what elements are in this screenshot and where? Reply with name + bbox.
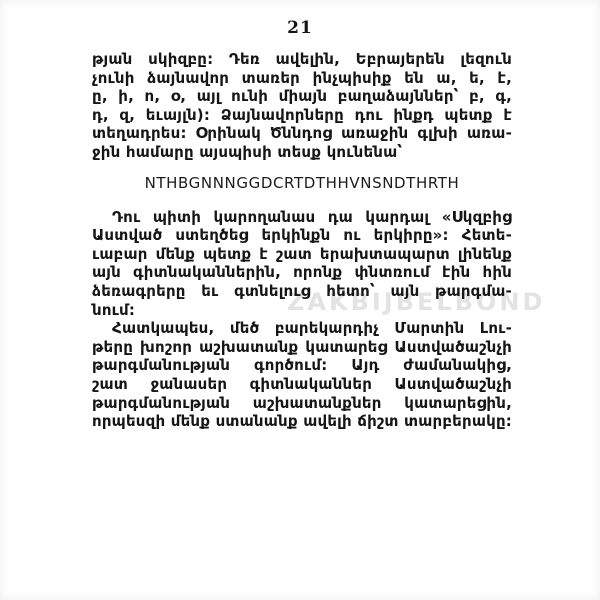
transliteration-line: NTHBGNNNGGDCRTDTHHVNSNDTHRTH [92, 174, 512, 193]
paragraph3-line: թարգմանության գործում: Այդ ժամանակից, [92, 356, 512, 375]
paragraph2-line: այն գիտնականներին, որոնք փնտռում էին հին [92, 263, 512, 282]
paragraph3-line: որպեսզի մենք ստանանք ավելի ճիշտ տարբերակ… [92, 412, 512, 431]
paragraph2-line: նում: [92, 301, 512, 320]
paragraph2-line: ձեռագրերը եւ գտնելուց հետո՝ այն թարգմա- [92, 282, 512, 301]
book-page: 21 ZAKBIJBELBOND թյան սկիզբը: Դեռ ավելին… [0, 0, 600, 600]
paragraph3-line: Հատկապես, մեծ բարեկարդիչ Մարտին Լու- [92, 319, 512, 338]
paragraph1-line: չունի ձայնավոր տառեր ինչպիսիք են ա, ե, է… [92, 69, 512, 88]
paragraph1-line: տեղադրես: Օրինակ Ծննդոց առաջին գլխի առա- [92, 124, 512, 143]
page-number: 21 [0, 18, 600, 38]
paragraph2-line: Աստված ստեղծեց երկինքն ու երկիրը»: Հետե- [92, 226, 512, 245]
text-block: թյան սկիզբը: Դեռ ավելին, Եբրայերեն լեզու… [92, 50, 512, 431]
paragraph1-line: թյան սկիզբը: Դեռ ավելին, Եբրայերեն լեզու… [92, 50, 512, 69]
paragraph3-line: թերը խոշոր աշխատանք կատարեց Աստվածաշնչի [92, 338, 512, 357]
paragraph1-line: ջին համարը այսպիսի տեսք կունենա՝ [92, 143, 512, 162]
paragraph2-line: ւաբար մենք պետք է շատ երախտապարտ լինենք [92, 245, 512, 264]
paragraph3-line: շատ ջանասեր գիտնականներ Աստվածաշնչի [92, 375, 512, 394]
paragraph1-line: դ, զ, եւայլն): Ձայնավորները դու ինքդ պետ… [92, 106, 512, 125]
paragraph3-line: թարգմանության աշխատանքներ կատարեցին, [92, 394, 512, 413]
paragraph1-line: ը, ի, ո, օ, այլ ունի միայն բաղաձայններ՝ … [92, 87, 512, 106]
paragraph2-line: Դու պիտի կարողանաս դա կարդալ «Սկզբից [92, 208, 512, 227]
